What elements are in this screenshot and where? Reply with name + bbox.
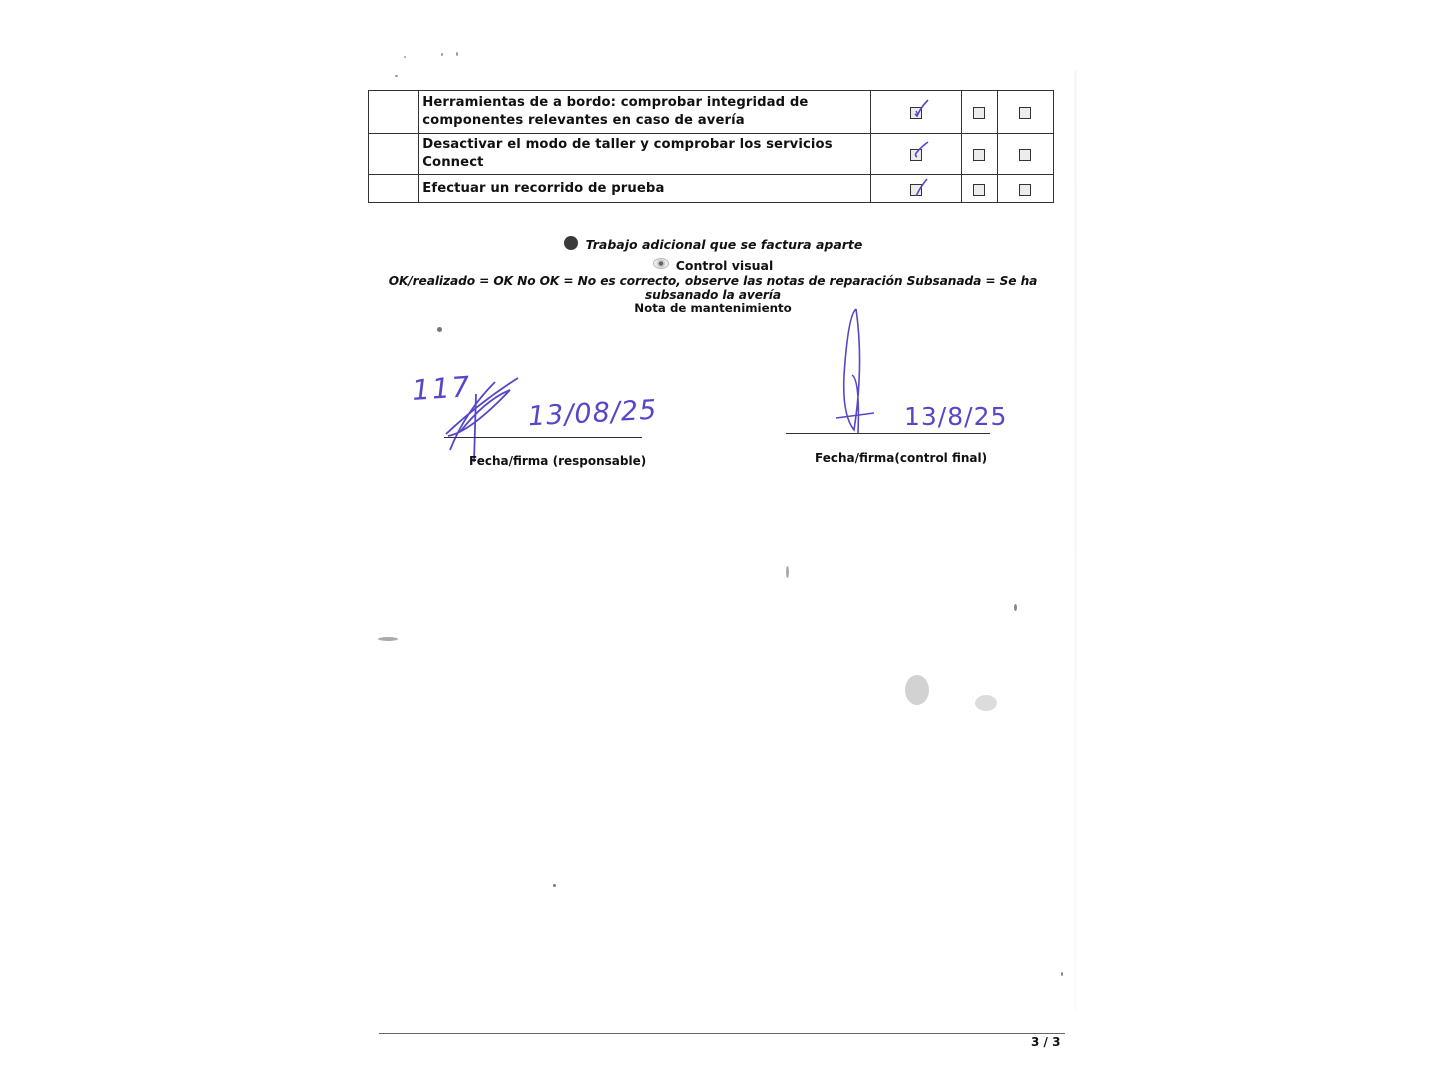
- no-ok-checkbox[interactable]: [973, 184, 985, 196]
- footer-divider: [379, 1033, 1065, 1034]
- signature-label-responsible: Fecha/firma (responsable): [469, 454, 646, 468]
- legend-status-key: OK/realizado = OK No OK = No es correcto…: [368, 274, 1058, 302]
- task-description: Desactivar el modo de taller y comprobar…: [419, 134, 871, 175]
- final-control-signature: [834, 305, 884, 440]
- eye-icon: [653, 258, 669, 269]
- scan-speck: [456, 52, 458, 56]
- no-ok-cell: [961, 91, 997, 134]
- scan-speck: [553, 884, 556, 887]
- scan-speck: [437, 327, 442, 332]
- ok-checkbox[interactable]: [910, 184, 922, 196]
- table-row: Herramientas de a bordo: comprobar integ…: [369, 91, 1054, 134]
- scan-speck: [1061, 972, 1063, 976]
- handwritten-check-icon: [913, 176, 929, 196]
- scan-speck: [441, 53, 443, 56]
- scan-smudge: [975, 695, 997, 711]
- scan-edge: [1074, 70, 1077, 1010]
- row-number-cell: [369, 91, 419, 134]
- subsanada-checkbox[interactable]: [1019, 149, 1031, 161]
- task-description: Herramientas de a bordo: comprobar integ…: [419, 91, 871, 134]
- document-page: Herramientas de a bordo: comprobar integ…: [0, 0, 1440, 1080]
- handwritten-date-responsible: 13/08/25: [527, 395, 658, 433]
- ok-checkbox[interactable]: [910, 107, 922, 119]
- row-number-cell: [369, 175, 419, 203]
- legend-visual-check-text: Control visual: [676, 258, 774, 273]
- legend-extra-work: Trabajo adicional que se factura aparte: [368, 236, 1058, 252]
- scan-speck: [1014, 604, 1017, 611]
- signature-line-responsible: [444, 437, 642, 438]
- row-number-cell: [369, 134, 419, 175]
- scan-speck: [404, 56, 406, 58]
- signature-label-final-control: Fecha/firma(control final): [815, 451, 987, 465]
- subsanada-cell: [997, 134, 1053, 175]
- legend-visual-check: Control visual: [368, 258, 1058, 273]
- no-ok-checkbox[interactable]: [973, 107, 985, 119]
- ok-cell: [871, 91, 962, 134]
- scan-smudge: [905, 675, 929, 705]
- signature-line-final-control: [786, 433, 990, 434]
- filled-circle-icon: [564, 236, 578, 250]
- ok-checkbox[interactable]: [910, 149, 922, 161]
- subsanada-cell: [997, 91, 1053, 134]
- subsanada-cell: [997, 175, 1053, 203]
- maintenance-checklist-table: Herramientas de a bordo: comprobar integ…: [368, 90, 1054, 203]
- no-ok-checkbox[interactable]: [973, 149, 985, 161]
- subsanada-checkbox[interactable]: [1019, 184, 1031, 196]
- scan-speck: [786, 566, 789, 578]
- ok-cell: [871, 175, 962, 203]
- no-ok-cell: [961, 175, 997, 203]
- page-number: 3 / 3: [1031, 1035, 1060, 1049]
- handwritten-check-icon: [913, 99, 929, 119]
- no-ok-cell: [961, 134, 997, 175]
- handwritten-date-final-control: 13/8/25: [904, 402, 1007, 431]
- scan-speck: [395, 75, 398, 77]
- ok-cell: [871, 134, 962, 175]
- table-row: Efectuar un recorrido de prueba: [369, 175, 1054, 203]
- maintenance-note-title: Nota de mantenimiento: [368, 301, 1058, 315]
- task-description: Efectuar un recorrido de prueba: [419, 175, 871, 203]
- subsanada-checkbox[interactable]: [1019, 107, 1031, 119]
- scan-speck: [378, 637, 398, 641]
- table-row: Desactivar el modo de taller y comprobar…: [369, 134, 1054, 175]
- legend-extra-work-text: Trabajo adicional que se factura aparte: [586, 237, 863, 252]
- handwritten-check-icon: [913, 141, 929, 161]
